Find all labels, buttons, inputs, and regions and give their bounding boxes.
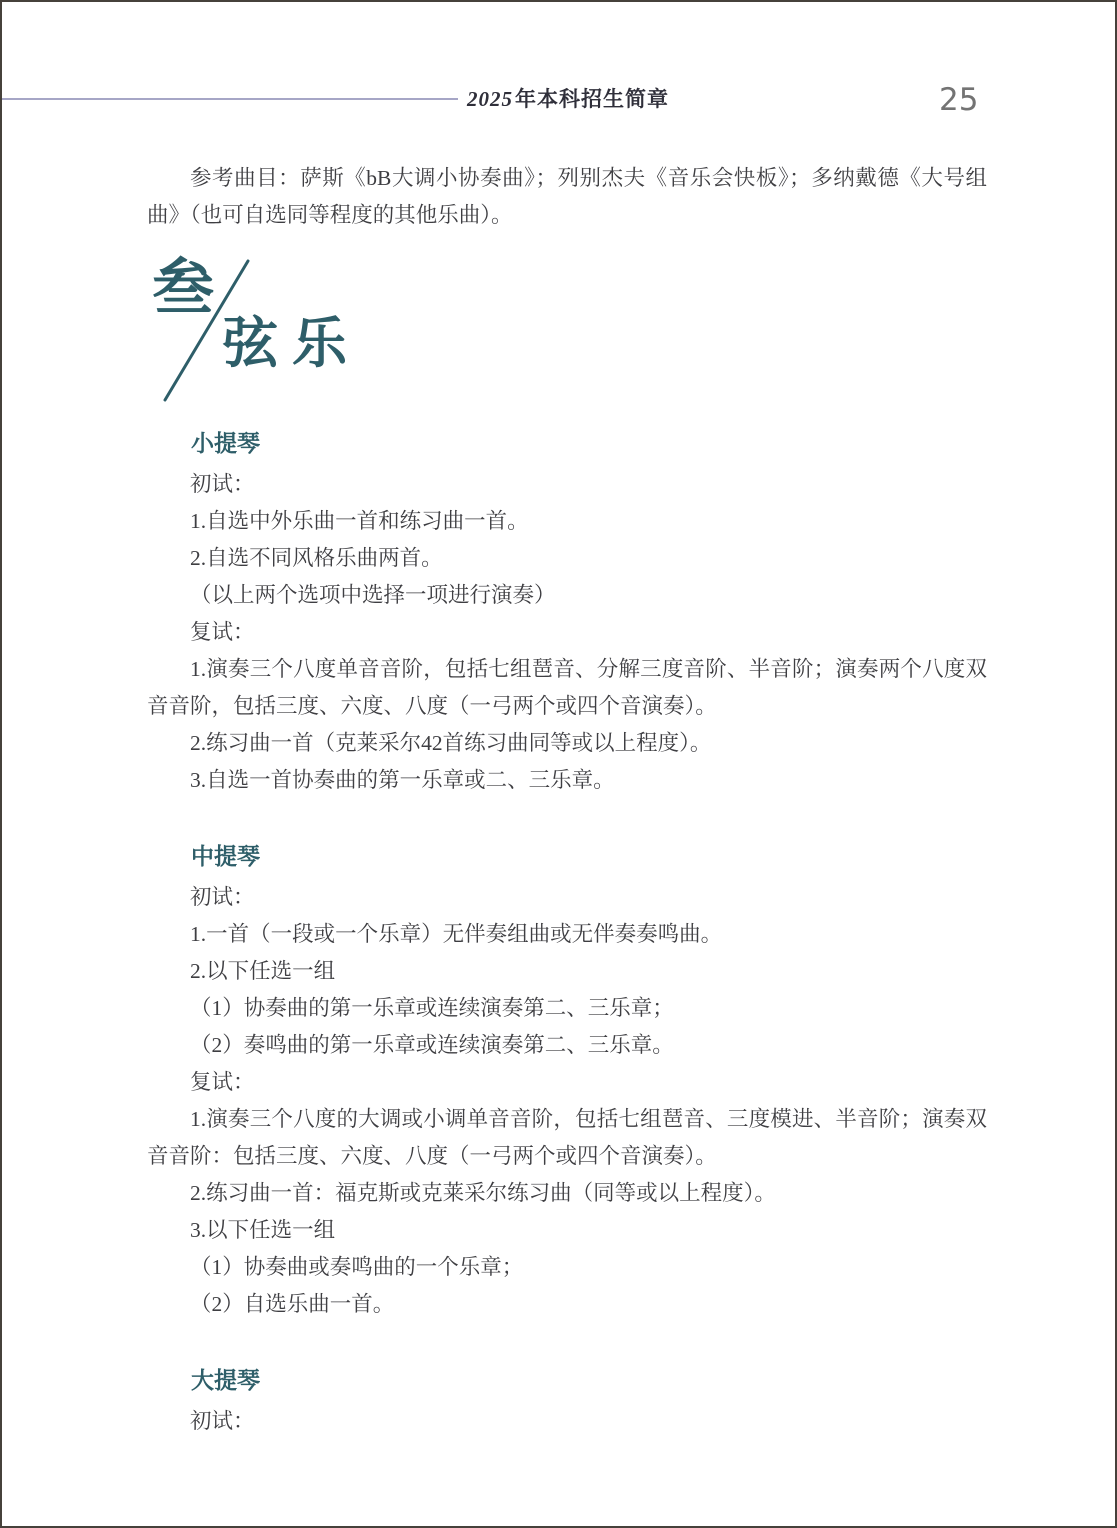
viola-line: 初试：	[147, 879, 987, 916]
viola-line: 2.练习曲一首：福克斯或克莱采尔练习曲（同等或以上程度）。	[147, 1175, 987, 1212]
intro-paragraph: 参考曲目：萨斯《bB大调小协奏曲》；列别杰夫《音乐会快板》；多纳戴德《大号组曲》…	[147, 160, 987, 234]
header-title: 2025年本科招生简章	[467, 86, 669, 112]
viola-line: 1.一首（一段或一个乐章）无伴奏组曲或无伴奏奏鸣曲。	[147, 916, 987, 953]
viola-line: （1）协奏曲的第一乐章或连续演奏第二、三乐章；	[147, 990, 987, 1027]
viola-line: 3.以下任选一组	[147, 1212, 987, 1249]
viola-line: （2）奏鸣曲的第一乐章或连续演奏第二、三乐章。	[147, 1027, 987, 1064]
subheading-viola: 中提琴	[147, 841, 987, 871]
viola-line: 2.以下任选一组	[147, 953, 987, 990]
subheading-violin: 小提琴	[147, 428, 987, 458]
violin-line: （以上两个选项中选择一项进行演奏）	[147, 577, 987, 614]
cello-line: 初试：	[147, 1403, 987, 1440]
viola-line: （2）自选乐曲一首。	[147, 1286, 987, 1323]
header-year: 2025	[467, 87, 513, 111]
violin-line: 2.自选不同风格乐曲两首。	[147, 540, 987, 577]
header-title-text: 年本科招生简章	[515, 87, 669, 111]
page-content: 参考曲目：萨斯《bB大调小协奏曲》；列别杰夫《音乐会快板》；多纳戴德《大号组曲》…	[147, 160, 987, 1440]
viola-line: （1）协奏曲或奏鸣曲的一个乐章；	[147, 1249, 987, 1286]
violin-line: 2.练习曲一首（克莱采尔42首练习曲同等或以上程度）。	[147, 725, 987, 762]
subheading-cello: 大提琴	[147, 1365, 987, 1395]
viola-line: 复试：	[147, 1064, 987, 1101]
violin-line: 3.自选一首协奏曲的第一乐章或二、三乐章。	[147, 762, 987, 799]
section-emblem: 叁 弦乐	[147, 250, 987, 408]
header-rule	[2, 98, 458, 100]
section-title: 弦乐	[223, 316, 361, 371]
violin-line: 复试：	[147, 614, 987, 651]
brochure-page: 2025年本科招生简章 25 参考曲目：萨斯《bB大调小协奏曲》；列别杰夫《音乐…	[0, 0, 1117, 1528]
page-number: 25	[939, 82, 978, 118]
viola-line: 1.演奏三个八度的大调或小调单音音阶，包括七组琶音、三度模进、半音阶；演奏双音音…	[147, 1101, 987, 1175]
violin-line: 1.演奏三个八度单音音阶，包括七组琶音、分解三度音阶、半音阶；演奏两个八度双音音…	[147, 651, 987, 725]
violin-line: 初试：	[147, 466, 987, 503]
violin-line: 1.自选中外乐曲一首和练习曲一首。	[147, 503, 987, 540]
